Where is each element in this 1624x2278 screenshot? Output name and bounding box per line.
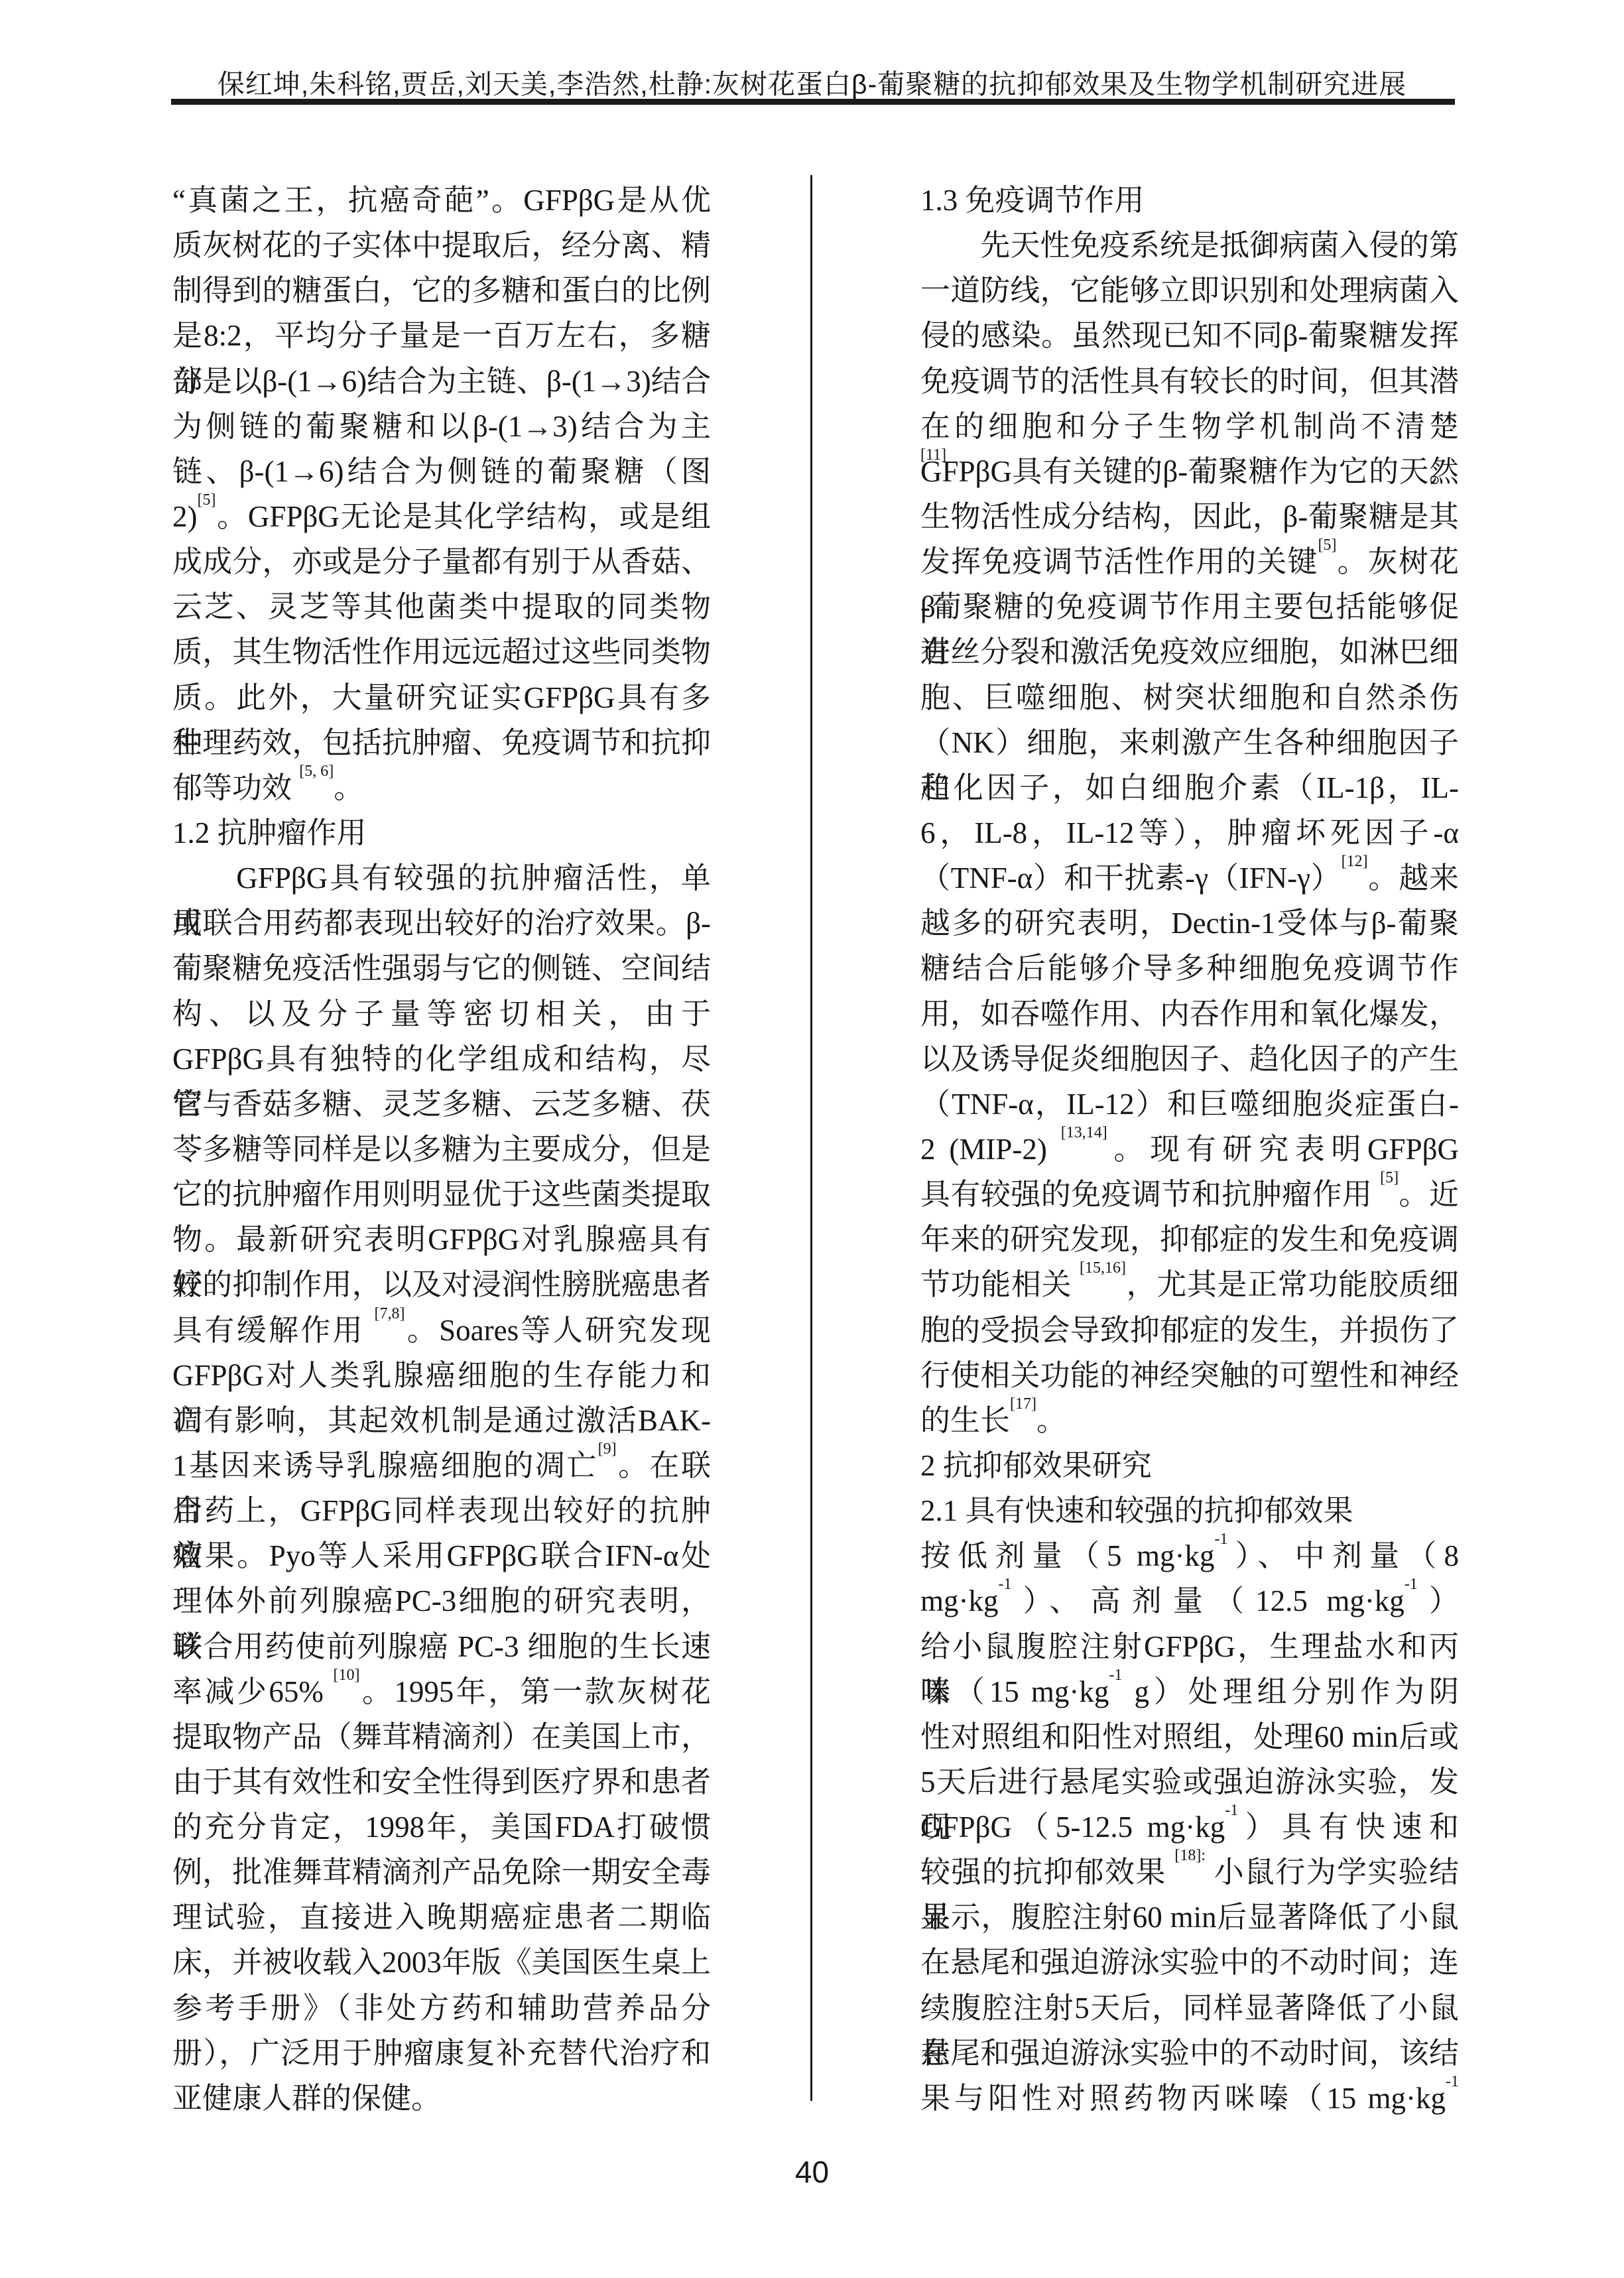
text-line: 质。此外，大量研究证实GFPβG具有多种 [172,675,711,720]
text-run: 例，批准舞茸精滴剂产品免除一期安全毒 [172,1856,711,1889]
text-run: 胞的受损会导致抑郁症的发生，并损伤了 [920,1314,1459,1347]
text-run: 生物活性成分结构，因此，β-葡聚糖是其 [920,500,1459,533]
left-column: “真菌之王，抗癌奇葩”。GFPβG是从优质灰树花的子实体中提取后，经分离、精制得… [172,178,711,2121]
text-line: 悬尾和强迫游泳实验中的不动时间，该结 [920,2031,1459,2076]
text-line: 理试验，直接进入晚期癌症患者二期临 [172,1895,711,1940]
text-run: 。1995年，第一款灰树花 [360,1675,711,1708]
text-run: ，尤其是正常功能胶质细 [1126,1268,1459,1301]
text-line: 的充分肯定，1998年，美国FDA打破惯 [172,1804,711,1850]
text-line: 在的细胞和分子生物学机制尚不清楚 [11]。 [920,404,1459,449]
text-line: 2.1 具有快速和较强的抗抑郁效果 [920,1488,1459,1533]
text-line: 构、以及分子量等密切相关，由于 [172,991,711,1037]
text-line: （NK）细胞，来刺激产生各种细胞因子和 [920,720,1459,765]
text-line: 分是以β-(1→6)结合为主链、β-(1→3)结合 [172,359,711,404]
text-run: 。GFPβG无论是其化学结构，或是组 [216,500,711,533]
text-line: 物。最新研究表明GFPβG对乳腺癌具有较 [172,1217,711,1262]
reference-superscript: [18]: [1174,1847,1206,1864]
text-run: 郁等功效 [172,771,299,804]
text-line: 行使相关功能的神经突触的可塑性和神经 [920,1353,1459,1398]
reference-superscript: [5] [1380,1169,1399,1186]
text-run: mg·kg [920,1584,999,1617]
text-line: 具有较强的免疫调节和抗肿瘤作用 [5]。近 [920,1172,1459,1217]
text-line: 性对照组和阳性对照组，处理60 min后或 [920,1714,1459,1759]
text-line: （TNF-α，IL-12）和巨噬细胞炎症蛋白- [920,1082,1459,1127]
text-line: 它的抗肿瘤作用则明显优于这些菌类提取 [172,1172,711,1217]
text-line: 是8:2，平均分子量是一百万左右，多糖部 [172,313,711,358]
reference-superscript: -1 [1225,1802,1238,1819]
text-line: 1.2 抗肿瘤作用 [172,810,711,855]
text-line: GFPβG对人类乳腺癌细胞的生存能力和凋 [172,1353,711,1398]
text-line: 苓多糖等同样是以多糖为主要成分，但是 [172,1127,711,1172]
text-line: 按低剂量（5 mg·kg-1）、中剂量（8 [920,1533,1459,1578]
text-line: 糖结合后能够介导多种细胞免疫调节作 [920,946,1459,991]
text-line: “真菌之王，抗癌奇葩”。GFPβG是从优 [172,178,711,223]
text-run: 生理药效，包括抗肿瘤、免疫调节和抗抑 [172,726,711,759]
text-run: 。现有研究表明GFPβG [1107,1133,1459,1166]
text-run: 亚健康人群的保健。 [172,2082,441,2115]
text-line: 胞的受损会导致抑郁症的发生，并损伤了 [920,1308,1459,1353]
text-line: 果与阳性对照药物丙咪嗪（15 mg·kg-1 [920,2076,1459,2121]
text-run: 显示，腹腔注射60 min后显著降低了小鼠 [920,1901,1459,1934]
text-line: 1.3 免疫调节作用 [920,178,1459,223]
text-line: 生物活性成分结构，因此，β-葡聚糖是其 [920,494,1459,539]
page-number: 40 [0,2154,1624,2190]
text-run: 糖结合后能够介导多种细胞免疫调节作 [920,952,1459,985]
text-run: 6，IL-8，IL-12等），肿瘤坏死因子-α [920,816,1459,850]
reference-superscript: [11] [920,446,946,464]
text-line: 胞、巨噬细胞、树突状细胞和自然杀伤 [920,675,1459,720]
reference-superscript: -1 [1109,1667,1122,1684]
text-line: 床，并被收载入2003年版《美国医生桌上 [172,1940,711,1985]
text-line: 率减少65% [10]。1995年，第一款灰树花 [172,1669,711,1714]
text-line: 较强的抗抑郁效果 [18]: 小鼠行为学实验结果 [920,1850,1459,1895]
text-run: 率减少65% [172,1675,334,1708]
text-run: 用，如吞噬作用、内吞作用和氧化爆发， [920,997,1459,1031]
text-run: 。越来 [1368,861,1459,895]
right-column: 1.3 免疫调节作用 先天性免疫系统是抵御病菌入侵的第一道防线，它能够立即识别和… [920,178,1459,2121]
text-run: 床，并被收载入2003年版《美国医生桌上 [172,1946,711,1979]
text-run: 质，其生物活性作用远远超过这些同类物 [172,635,711,668]
text-line: 续腹腔注射5天后，同样显著降低了小鼠在 [920,1986,1459,2031]
text-line: 葡聚糖免疫活性强弱与它的侧链、空间结 [172,946,711,991]
text-run: 在悬尾和强迫游泳实验中的不动时间；连 [920,1946,1459,1979]
text-run: 2 (MIP-2) [920,1133,1061,1166]
text-line: 2)[5]。GFPβG无论是其化学结构，或是组 [172,494,711,539]
text-line: 用药上，GFPβG同样表现出较好的抗肿瘤 [172,1488,711,1533]
text-line: 6，IL-8，IL-12等），肿瘤坏死因子-α [920,810,1459,855]
text-run: 先天性免疫系统是抵御病菌入侵的第 [920,229,1459,262]
text-run: 1.3 免疫调节作用 [920,184,1145,217]
text-line: 在悬尾和强迫游泳实验中的不动时间；连 [920,1940,1459,1985]
text-run: 或联合用药都表现出较好的治疗效果。β- [172,907,711,940]
text-line: mg·kg-1）、高剂量（12.5 mg·kg-1） [920,1578,1459,1623]
text-run: 苓多糖等同样是以多糖为主要成分，但是 [172,1133,711,1166]
text-run: 分是以β-(1→6)结合为主链、β-(1→3)结合 [172,365,711,398]
text-run: 质灰树花的子实体中提取后，经分离、精 [172,229,711,262]
text-line: 显示，腹腔注射60 min后显著降低了小鼠 [920,1895,1459,1940]
text-line: 提取物产品（舞茸精滴剂）在美国上市， [172,1714,711,1759]
text-run: 发挥免疫调节活性作用的关键 [920,545,1318,578]
text-run: 云芝、灵芝等其他菌类中提取的同类物 [172,590,711,623]
reference-superscript: -1 [999,1576,1012,1593]
text-line: 发挥免疫调节活性作用的关键[5]。灰树花β [920,539,1459,584]
text-line: 2 抗抑郁效果研究 [920,1443,1459,1488]
text-line: 5天后进行悬尾实验或强迫游泳实验，发现 [920,1759,1459,1804]
text-run: 较强的抗抑郁效果 [920,1856,1174,1889]
text-run: 趋化因子，如白细胞介素（IL-1β，IL- [920,771,1459,804]
text-run: 的生长 [920,1404,1010,1437]
text-run: ）具有快速和 [1238,1810,1459,1844]
text-line: -葡聚糖的免疫调节作用主要包括能够促进 [920,584,1459,629]
text-run: 构、以及分子量等密切相关，由于 [172,997,711,1031]
text-run: 按低剂量（5 mg·kg [920,1539,1215,1572]
text-line: 亚健康人群的保健。 [172,2076,711,2121]
text-line: 嗪（15 mg·kg-1 g）处理组分别作为阴 [920,1669,1459,1714]
reference-superscript: [17] [1010,1395,1036,1413]
text-line: 好的抑制作用，以及对浸润性膀胱癌患者 [172,1262,711,1307]
text-run: 嗪（15 mg·kg [920,1675,1109,1708]
text-run: 。Soares等人研究发现 [405,1314,711,1347]
text-line: 亡有影响，其起效机制是通过激活BAK- [172,1398,711,1443]
text-run: 一道防线，它能够立即识别和处理病菌入 [920,274,1459,307]
column-divider [810,175,812,2101]
text-run: 具有较强的免疫调节和抗肿瘤作用 [920,1178,1380,1211]
paper-page: 保红坤,朱科铭,贾岳,刘天美,李浩然,杜静:灰树花蛋白β-葡聚糖的抗抑郁效果及生… [0,0,1624,2278]
text-run: 链、β-(1→6)结合为侧链的葡聚糖（图 [172,455,711,488]
text-run: 。 [1036,1404,1066,1437]
text-line: 免疫调节的活性具有较长的时间，但其潜 [920,359,1459,404]
text-line: 制得到的糖蛋白，它的多糖和蛋白的比例 [172,268,711,313]
text-line: 有丝分裂和激活免疫效应细胞，如淋巴细 [920,629,1459,674]
header-rule [171,99,1455,105]
text-line: GFPβG具有较强的抗肿瘤活性，单用 [172,855,711,901]
reference-superscript: -1 [1446,2073,1459,2090]
text-run: 免疫调节的活性具有较长的时间，但其潜 [920,365,1459,398]
text-line: 给小鼠腹腔注射GFPβG，生理盐水和丙咪 [920,1624,1459,1669]
text-run: 理试验，直接进入晚期癌症患者二期临 [172,1901,711,1934]
text-run: 好的抑制作用，以及对浸润性膀胱癌患者 [172,1268,711,1301]
text-run: GFPβG（5-12.5 mg·kg [920,1810,1225,1844]
text-run: 果与阳性对照药物丙咪嗪（15 mg·kg [920,2082,1446,2115]
reference-superscript: -1 [1405,1576,1418,1593]
text-run: ）、中剂量（8 [1228,1539,1459,1572]
text-run: 侵的感染。虽然现已知不同β-葡聚糖发挥 [920,319,1459,352]
text-run: ）、高剂量（12.5 mg·kg [1012,1584,1405,1617]
text-run: 它的抗肿瘤作用则明显优于这些菌类提取 [172,1178,711,1211]
text-run: 。 [334,771,363,804]
text-run: 制得到的糖蛋白，它的多糖和蛋白的比例 [172,274,711,307]
text-line: 参考手册》（非处方药和辅助营养品分 [172,1986,711,2031]
text-run: 年来的研究发现，抑郁症的发生和免疫调 [920,1223,1459,1256]
text-run: 具有缓解作用 [172,1314,374,1347]
reference-superscript: [10] [334,1667,360,1684]
text-run: （TNF-α）和干扰素-γ（IFN-γ） [920,861,1342,895]
reference-superscript: [13,14] [1061,1124,1107,1141]
text-line: 云芝、灵芝等其他菌类中提取的同类物 [172,584,711,629]
text-line: 一道防线，它能够立即识别和处理病菌入 [920,268,1459,313]
text-run: 2.1 具有快速和较强的抗抑郁效果 [920,1494,1353,1527]
text-run: 。近 [1399,1178,1459,1211]
text-run: GFPβG具有关键的β-葡聚糖作为它的天然 [920,455,1459,488]
text-run: 在的细胞和分子生物学机制尚不清楚 [920,410,1459,443]
text-run: 2 抗抑郁效果研究 [920,1449,1152,1482]
text-line: 成成分，亦或是分子量都有别于从香菇、 [172,539,711,584]
text-run: 节功能相关 [920,1268,1080,1301]
text-run: 胞、巨噬细胞、树突状细胞和自然杀伤 [920,681,1459,714]
text-run: 1.2 抗肿瘤作用 [172,816,367,850]
text-run: 越多的研究表明，Dectin-1受体与β-葡聚 [920,907,1459,940]
text-line: 越多的研究表明，Dectin-1受体与β-葡聚 [920,901,1459,946]
text-run: 行使相关功能的神经突触的可塑性和神经 [920,1359,1459,1392]
text-run: 的充分肯定，1998年，美国FDA打破惯 [172,1810,711,1844]
reference-superscript: [7,8] [374,1305,405,1322]
text-line: 为侧链的葡聚糖和以β-(1→3)结合为主 [172,404,711,449]
text-line: 年来的研究发现，抑郁症的发生和免疫调 [920,1217,1459,1262]
reference-superscript: [5] [198,491,216,509]
text-run: g）处理组分别作为阴 [1122,1675,1459,1708]
text-run: 成成分，亦或是分子量都有别于从香菇、 [172,545,711,578]
text-line: 1基因来诱导乳腺癌细胞的凋亡[9]。在联合 [172,1443,711,1488]
text-run: 提取物产品（舞茸精滴剂）在美国上市， [172,1720,711,1753]
text-line: 质灰树花的子实体中提取后，经分离、精 [172,223,711,268]
text-line: GFPβG具有关键的β-葡聚糖作为它的天然 [920,449,1459,494]
text-line: 理体外前列腺癌PC-3细胞的研究表明，该 [172,1578,711,1623]
text-run: “真菌之王，抗癌奇葩”。GFPβG是从优 [172,184,711,217]
text-run: （TNF-α，IL-12）和巨噬细胞炎症蛋白- [920,1088,1459,1121]
text-run: 性对照组和阳性对照组，处理60 min后或 [920,1720,1459,1753]
reference-superscript: [5] [1318,537,1337,554]
text-line: 郁等功效 [5, 6]。 [172,765,711,810]
text-line: 先天性免疫系统是抵御病菌入侵的第 [920,223,1459,268]
text-line: 或联合用药都表现出较好的治疗效果。β- [172,901,711,946]
text-line: 趋化因子，如白细胞介素（IL-1β，IL- [920,765,1459,810]
text-line: 生理药效，包括抗肿瘤、免疫调节和抗抑 [172,720,711,765]
text-line: 例，批准舞茸精滴剂产品免除一期安全毒 [172,1850,711,1895]
text-run: 2) [172,500,198,533]
text-line: 以及诱导促炎细胞因子、趋化因子的产生 [920,1037,1459,1082]
text-line: 质，其生物活性作用远远超过这些同类物 [172,629,711,674]
text-line: GFPβG具有独特的化学组成和结构，尽管 [172,1037,711,1082]
text-line: 它与香菇多糖、灵芝多糖、云芝多糖、茯 [172,1082,711,1127]
text-line: 具有缓解作用 [7,8]。Soares等人研究发现 [172,1308,711,1353]
reference-superscript: [5, 6] [299,763,334,780]
text-line: 节功能相关 [15,16]，尤其是正常功能胶质细 [920,1262,1459,1307]
text-line: GFPβG（5-12.5 mg·kg-1）具有快速和 [920,1804,1459,1850]
reference-superscript: [12] [1342,853,1368,870]
text-run: 悬尾和强迫游泳实验中的不动时间，该结 [920,2037,1459,2070]
text-run: 它与香菇多糖、灵芝多糖、云芝多糖、茯 [172,1088,711,1121]
text-line: 联合用药使前列腺癌 PC-3 细胞的生长速 [172,1624,711,1669]
reference-superscript: -1 [1215,1531,1228,1548]
reference-superscript: [9] [598,1440,617,1458]
text-line: 2 (MIP-2) [13,14]。现有研究表明GFPβG [920,1127,1459,1172]
text-run: 为侧链的葡聚糖和以β-(1→3)结合为主 [172,410,711,443]
text-line: 侵的感染。虽然现已知不同β-葡聚糖发挥 [920,313,1459,358]
text-run: 葡聚糖免疫活性强弱与它的侧链、空间结 [172,952,711,985]
text-run: 册），广泛用于肿瘤康复补充替代治疗和 [172,2037,711,2070]
text-line: 用，如吞噬作用、内吞作用和氧化爆发， [920,991,1459,1037]
reference-superscript: [15,16] [1080,1259,1126,1277]
text-line: （TNF-α）和干扰素-γ（IFN-γ）[12]。越来 [920,855,1459,901]
text-run: 联合用药使前列腺癌 PC-3 细胞的生长速 [172,1630,711,1663]
text-run: 有丝分裂和激活免疫效应细胞，如淋巴细 [920,635,1459,668]
text-line: 链、β-(1→6)结合为侧链的葡聚糖（图 [172,449,711,494]
text-run: 亡有影响，其起效机制是通过激活BAK- [172,1404,711,1437]
running-title: 保红坤,朱科铭,贾岳,刘天美,李浩然,杜静:灰树花蛋白β-葡聚糖的抗抑郁效果及生… [0,62,1624,101]
text-run: 由于其有效性和安全性得到医疗界和患者 [172,1765,711,1799]
text-line: 册），广泛用于肿瘤康复补充替代治疗和 [172,2031,711,2076]
text-run: ） [1418,1584,1459,1617]
text-line: 的生长[17]。 [920,1398,1459,1443]
text-run: 1基因来诱导乳腺癌细胞的凋亡 [172,1449,598,1482]
text-run: 效果。Pyo等人采用GFPβG联合IFN-α处 [172,1539,711,1572]
text-run: 以及诱导促炎细胞因子、趋化因子的产生 [920,1043,1459,1076]
text-run: 参考手册》（非处方药和辅助营养品分 [172,1992,711,2025]
text-line: 效果。Pyo等人采用GFPβG联合IFN-α处 [172,1533,711,1578]
text-line: 由于其有效性和安全性得到医疗界和患者 [172,1759,711,1804]
